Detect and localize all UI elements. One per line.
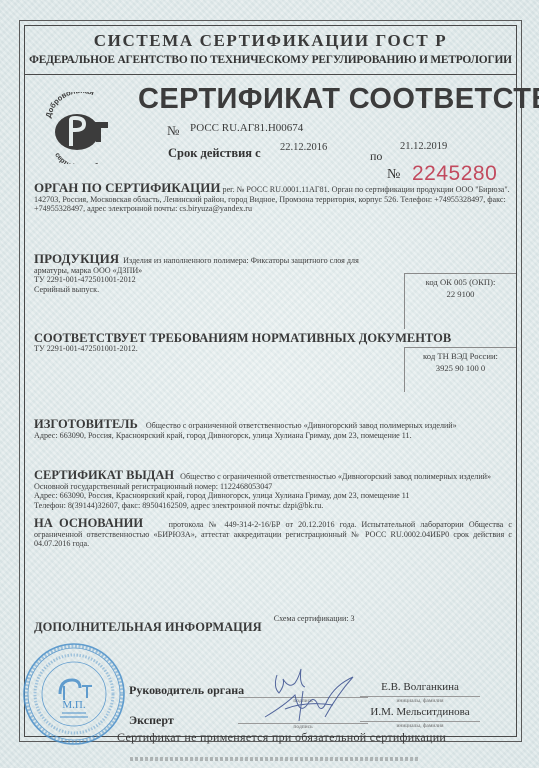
head-of-body-label: Руководитель органа <box>129 683 244 698</box>
issued-to-contacts: Телефон: 8(39144)32607, факс: 8950416250… <box>34 501 512 511</box>
issued-to-section: СЕРТИФИКАТ ВЫДАН Общество с ограниченной… <box>34 471 512 510</box>
handwritten-signature-icon <box>255 665 360 730</box>
okp-label: код ОК 005 (ОКП): <box>405 276 516 288</box>
basis-section: НА ОСНОВАНИИ протокола № 449-314-2-16/БР… <box>34 519 512 549</box>
head-name: Е.В. Волганкина <box>360 681 480 693</box>
expert-name-line <box>360 721 480 722</box>
product-line-3: ТУ 2291-001-472501001-2012 <box>34 275 379 285</box>
number-sign: № <box>167 123 179 139</box>
okp-code-box: код ОК 005 (ОКП): 22 9100 <box>404 273 516 329</box>
basis-heading: НА ОСНОВАНИИ <box>34 516 143 530</box>
tnved-label: код ТН ВЭД России: <box>405 350 516 362</box>
certification-body-heading: ОРГАН ПО СЕРТИФИКАЦИИ <box>34 180 221 195</box>
tnved-code-box: код ТН ВЭД России: 3925 90 100 0 <box>404 347 516 392</box>
conformity-heading: СООТВЕТСТВУЕТ ТРЕБОВАНИЯМ НОРМАТИВНЫХ ДО… <box>34 334 414 344</box>
issued-to-name: Общество с ограниченной ответственностью… <box>180 472 491 481</box>
issued-to-ogrn: Основной государственный регистрационный… <box>34 482 512 492</box>
manufacturer-heading: ИЗГОТОВИТЕЛЬ <box>34 417 138 431</box>
agency-title: ФЕДЕРАЛЬНОЕ АГЕНТСТВО ПО ТЕХНИЧЕСКОМУ РЕ… <box>24 54 517 66</box>
printer-imprint-line <box>130 757 420 761</box>
disclaimer-text: Сертификат не применяется при обязательн… <box>117 730 446 745</box>
additional-info-section: ДОПОЛНИТЕЛЬНАЯ ИНФОРМАЦИЯ Схема сертифик… <box>34 623 355 634</box>
certification-body-section: ОРГАН ПО СЕРТИФИКАЦИИ рег. № РОСС RU.000… <box>34 183 512 214</box>
rst-logo-icon: Добровольная сертификация <box>42 92 120 164</box>
product-line-1: Изделия из наполненного полимера: Фиксат… <box>123 256 359 265</box>
additional-info-heading: ДОПОЛНИТЕЛЬНАЯ ИНФОРМАЦИЯ <box>34 620 262 634</box>
product-heading: ПРОДУКЦИЯ <box>34 251 119 266</box>
tnved-value: 3925 90 100 0 <box>405 362 516 374</box>
expert-label: Эксперт <box>129 713 174 728</box>
expert-name-caption: инициалы, фамилия <box>360 723 480 729</box>
manufacturer-section: ИЗГОТОВИТЕЛЬ Общество с ограниченной отв… <box>34 420 512 440</box>
valid-to-label: по <box>370 149 382 164</box>
issued-to-address: Адрес: 663090, Россия, Красноярский край… <box>34 491 512 501</box>
certificate-title: СЕРТИФИКАТ СООТВЕТСТВИЯ <box>138 83 539 116</box>
system-title: СИСТЕМА СЕРТИФИКАЦИИ ГОСТ Р <box>24 31 517 51</box>
blank-number-sign: № <box>387 167 400 183</box>
svg-text:сертификация: сертификация <box>53 152 100 164</box>
svg-text:М.П.: М.П. <box>62 699 85 711</box>
valid-to-date: 21.12.2019 <box>400 141 447 152</box>
manufacturer-address: Адрес: 663090, Россия, Красноярский край… <box>34 431 512 441</box>
okp-value: 22 9100 <box>405 288 516 300</box>
expert-name: И.М. Мельситдинова <box>360 706 480 718</box>
header-divider <box>24 74 517 75</box>
round-seal-stamp-icon: М.П. <box>22 642 126 746</box>
head-name-line <box>360 696 480 697</box>
svg-text:Добровольная: Добровольная <box>44 92 96 119</box>
manufacturer-name: Общество с ограниченной ответственностью… <box>146 421 457 430</box>
valid-from-date: 22.12.2016 <box>280 142 327 153</box>
head-name-caption: инициалы, фамилия <box>360 698 480 704</box>
registration-number: РОСС RU.АГ81.Н00674 <box>190 122 303 134</box>
product-line-2: арматуры, марка ООО «ДЗПИ» <box>34 266 379 276</box>
issued-to-heading: СЕРТИФИКАТ ВЫДАН <box>34 468 174 482</box>
product-line-4: Серийный выпуск. <box>34 285 379 295</box>
product-section: ПРОДУКЦИЯ Изделия из наполненного полиме… <box>34 254 379 294</box>
certification-scheme: Схема сертификации: 3 <box>274 614 355 623</box>
conformity-section: СООТВЕТСТВУЕТ ТРЕБОВАНИЯМ НОРМАТИВНЫХ ДО… <box>34 334 414 353</box>
validity-label: Срок действия с <box>168 146 261 161</box>
conformity-text: ТУ 2291-001-472501001-2012. <box>34 344 414 354</box>
